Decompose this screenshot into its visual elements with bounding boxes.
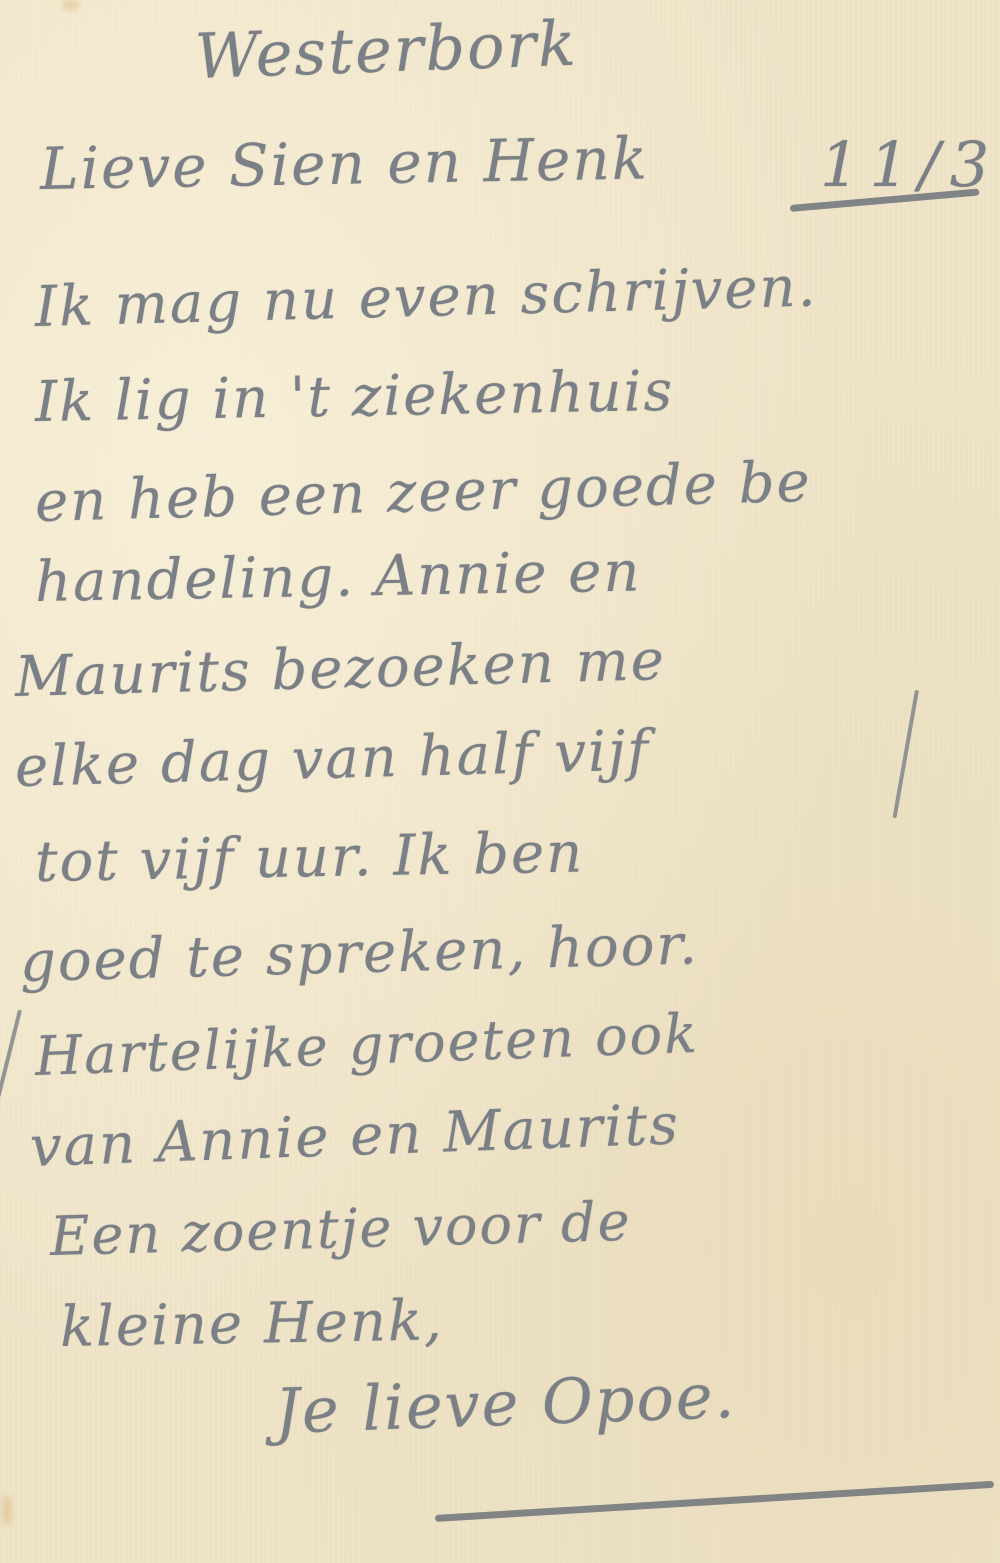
body-line: en heb een zeer goede be: [34, 450, 812, 535]
body-line: goed te spreken, hoor.: [19, 912, 699, 995]
salutation: Lieve Sien en Henk: [39, 124, 649, 203]
paper-stain: [62, 0, 80, 10]
body-line: Hartelijke groeten ook: [34, 1002, 700, 1088]
closing-signature: Je lieve Opoe.: [274, 1359, 738, 1448]
body-line: Maurits bezoeken me: [14, 628, 667, 710]
descender-stroke: [0, 1010, 22, 1098]
ascender-stroke: [892, 690, 919, 819]
body-line: tot vijf uur. Ik ben: [34, 820, 584, 895]
body-line: Een zoentje voor de: [49, 1190, 632, 1268]
place-heading: Westerbork: [194, 7, 579, 93]
body-line: kleine Henk,: [59, 1288, 444, 1360]
body-line: van Annie en Maurits: [29, 1092, 681, 1180]
body-line: handeling. Annie en: [34, 539, 642, 615]
body-line: Ik lig in 't ziekenhuis: [34, 359, 674, 435]
body-line: elke dag van half vijf: [14, 718, 651, 800]
postcard: Westerbork Lieve Sien en Henk 11/3 Ik ma…: [0, 0, 1000, 1563]
body-line: Ik mag nu even schrijven.: [34, 255, 818, 340]
signature-underline: [435, 1481, 994, 1522]
paper-stain: [2, 1495, 12, 1525]
